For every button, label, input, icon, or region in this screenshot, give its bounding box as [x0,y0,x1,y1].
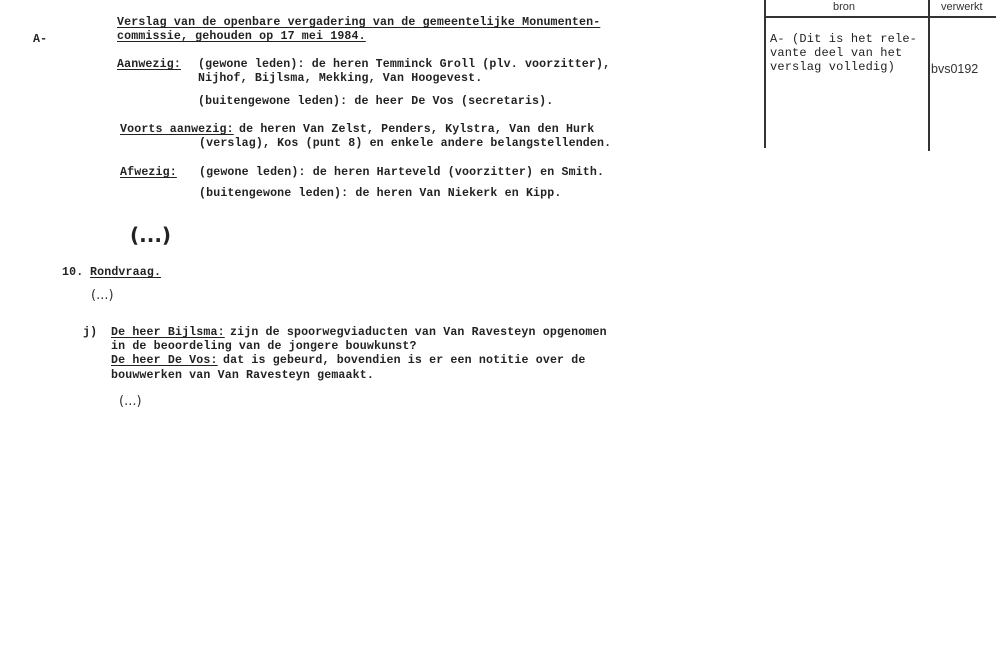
verwerkt-code: bvs0192 [931,62,978,76]
present-line1: (gewone leden): de heren Temminck Groll … [198,58,610,72]
bron-line3: verslag volledig) [770,60,895,74]
header-bron: bron [833,1,855,13]
also-present-line1: de heren Van Zelst, Penders, Kylstra, Va… [239,123,594,137]
present-line2: Nijhof, Bijlsma, Mekking, Van Hoogevest. [198,72,482,86]
section-number: 10. [62,266,83,280]
question-line1: zijn de spoorwegviaducten van Van Ravest… [230,326,607,340]
also-present-label: Voorts aanwezig: [120,123,234,137]
absent-label: Afwezig: [120,166,177,180]
header-verwerkt: verwerkt [941,1,983,13]
table-header-divider [764,16,996,18]
present-label: Aanwezig: [117,58,181,72]
ellipsis-omitted-1: (...) [130,223,171,247]
absent-line1: (gewone leden): de heren Harteveld (voor… [199,166,604,180]
item-letter: j) [83,326,97,340]
bron-line2: vante deel van het [770,46,902,60]
table-column-divider [928,0,930,151]
speaker-bijlsma: De heer Bijlsma: [111,326,225,340]
document-title-line2: commissie, gehouden op 17 mei 1984. [117,30,366,44]
source-marker: A- [33,33,47,47]
also-present-line2: (verslag), Kos (punt 8) en enkele andere… [199,137,611,151]
ellipsis-omitted-2: (...) [91,288,114,303]
ellipsis-omitted-3: (...) [119,394,142,409]
present-line3: (buitengewone leden): de heer De Vos (se… [198,95,553,109]
speaker-de-vos: De heer De Vos: [111,354,218,368]
answer-line1: dat is gebeurd, bovendien is er een noti… [223,354,585,368]
bron-line1: A- (Dit is het rele- [770,32,917,46]
section-title: Rondvraag. [90,266,161,280]
absent-line2: (buitengewone leden): de heren Van Nieke… [199,187,561,201]
document-title-line1: Verslag van de openbare vergadering van … [117,16,600,30]
answer-line2: bouwwerken van Van Ravesteyn gemaakt. [111,369,374,383]
table-left-border [764,0,766,148]
question-line2: in de beoordeling van de jongere bouwkun… [111,340,417,354]
